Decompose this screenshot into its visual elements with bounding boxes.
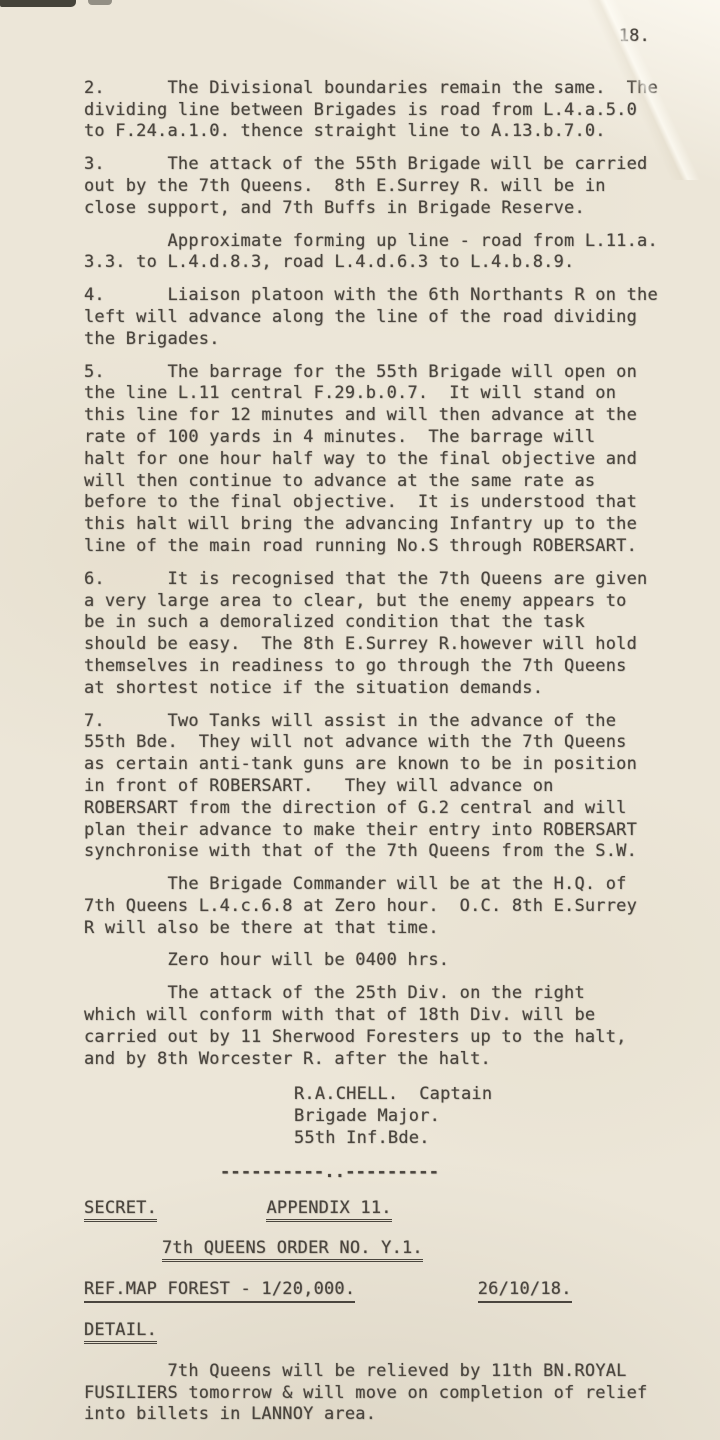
paragraph-zero-hour: Zero hour will be 0400 hrs. [84,950,664,972]
paragraph-brigade-commander: The Brigade Commander will be at the H.Q… [84,874,664,939]
paragraph-25th-div: The attack of the 25th Div. on the right… [84,983,664,1070]
detail-label: DETAIL. [84,1320,157,1344]
detail-paragraph: 7th Queens will be relieved by 11th BN.R… [84,1361,664,1426]
paragraph-4: 4. Liaison platoon with the 6th Northant… [84,285,664,350]
order-title: 7th QUEENS ORDER NO. Y.1. [162,1238,423,1262]
appendix-label: APPENDIX 11. [266,1198,391,1222]
paragraph-3: 3. The attack of the 55th Brigade will b… [84,154,664,219]
paragraph-2: 2. The Divisional boundaries remain the … [84,78,664,143]
map-reference-row: REF.MAP FOREST - 1/20,000. 26/10/18. [84,1279,664,1301]
scanned-document-page: 18. 2. The Divisional boundaries remain … [0,0,720,1440]
secret-appendix-row: SECRET. APPENDIX 11. [84,1198,664,1220]
secret-label: SECRET. [84,1198,157,1222]
paragraph-7: 7. Two Tanks will assist in the advance … [84,711,664,864]
dashed-separator: ----------..--------- [220,1162,664,1184]
page-number: 18. [84,26,664,48]
scan-edge-mark [88,0,112,5]
scan-edge-mark [0,0,76,7]
order-title-row: 7th QUEENS ORDER NO. Y.1. [162,1238,664,1260]
paragraph-5: 5. The barrage for the 55th Brigade will… [84,362,664,558]
signature-block: R.A.CHELL. Captain Brigade Major. 55th I… [294,1084,664,1149]
order-date: 26/10/18. [478,1279,572,1303]
paragraph-6: 6. It is recognised that the 7th Queens … [84,569,664,700]
map-reference: REF.MAP FOREST - 1/20,000. [84,1279,355,1303]
detail-row: DETAIL. [84,1320,664,1342]
paragraph-forming-up-line: Approximate forming up line - road from … [84,231,664,275]
